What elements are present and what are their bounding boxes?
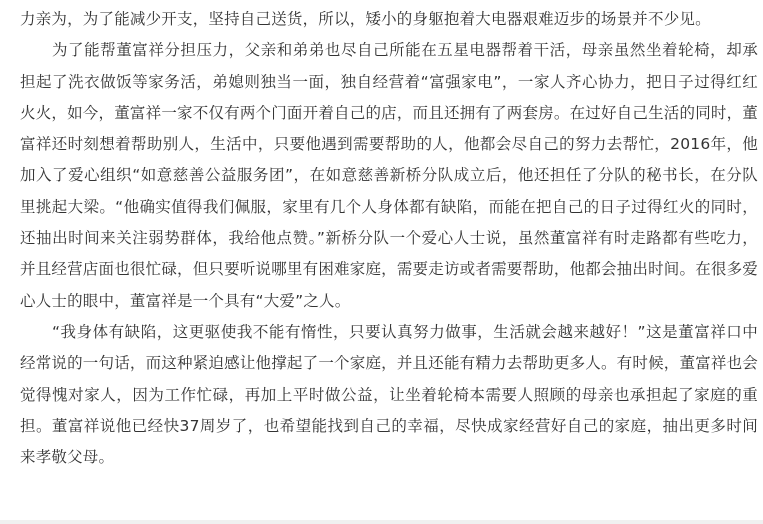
article-body: 力亲为，为了能减少开支，坚持自己送货，所以，矮小的身躯抱着大电器艰难迈步的场景并… (20, 4, 758, 473)
paragraph-3: “我身体有缺陷，这更驱使我不能有惰性，只要认真努力做事，生活就会越来越好！”这是… (20, 317, 758, 473)
paragraph-2: 为了能帮董富祥分担压力，父亲和弟弟也尽自己所能在五星电器帮着干活，母亲虽然坐着轮… (20, 35, 758, 317)
page-bottom-divider (0, 520, 763, 524)
paragraph-1: 力亲为，为了能减少开支，坚持自己送货，所以，矮小的身躯抱着大电器艰难迈步的场景并… (20, 4, 758, 35)
